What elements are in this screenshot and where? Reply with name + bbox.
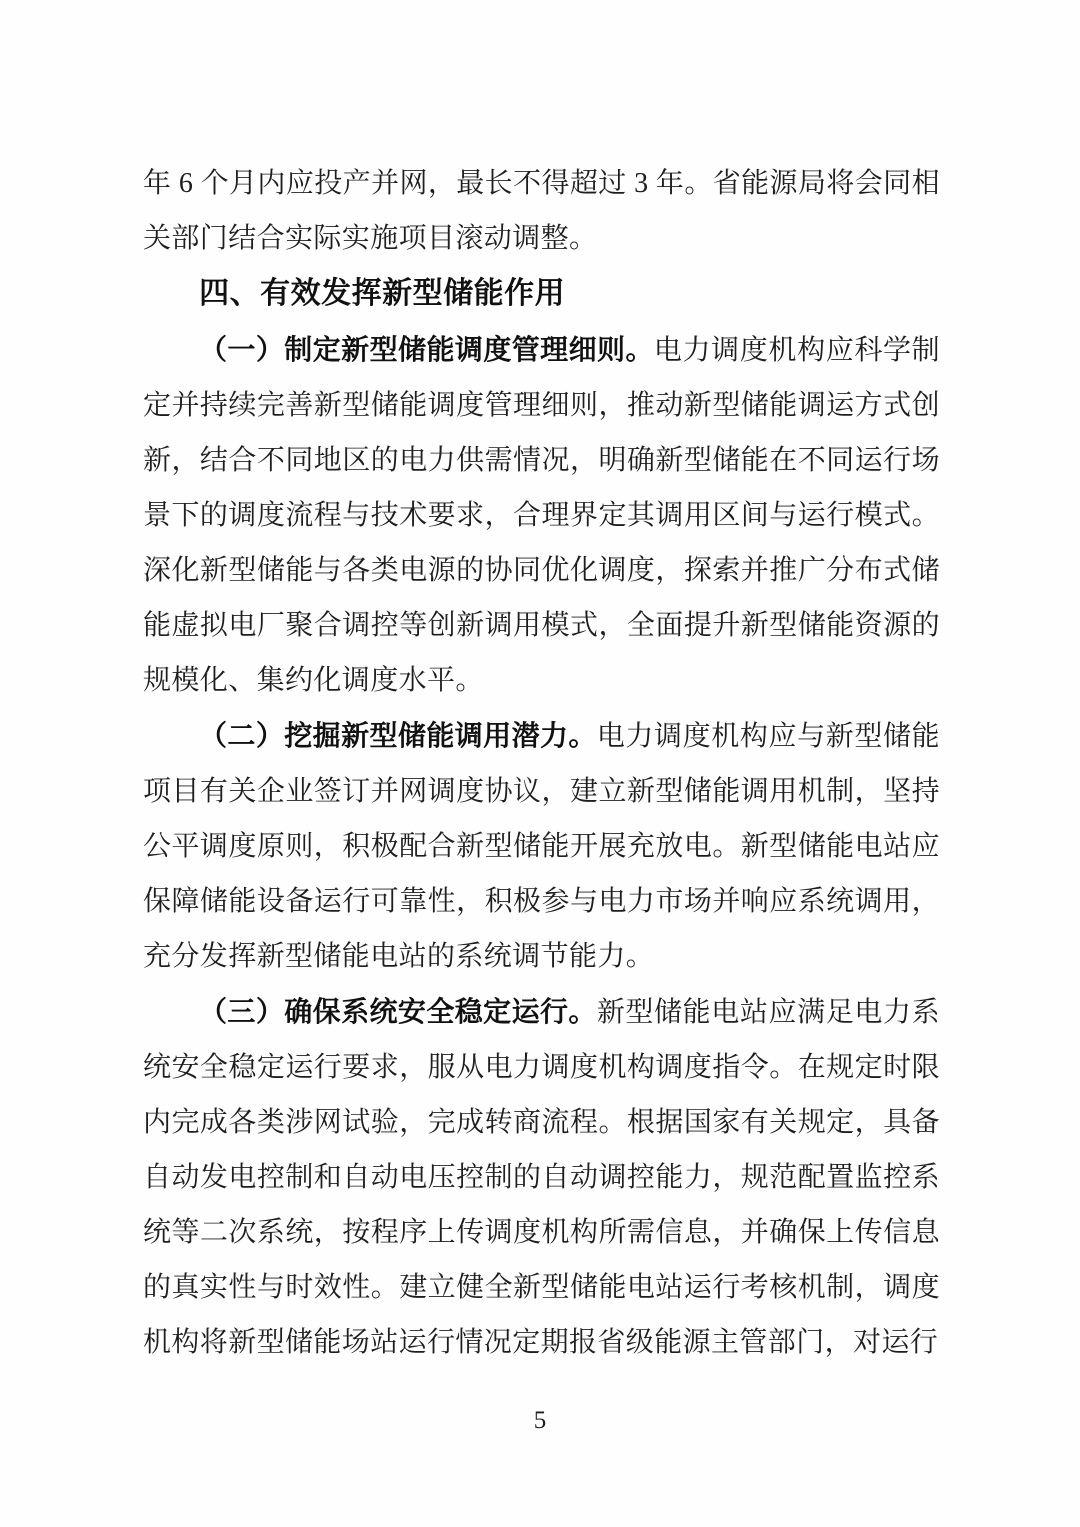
item-1-body: 电力调度机构应科学制定并持续完善新型储能调度管理细则，推动新型储能调运方式创新，… [143,335,940,696]
document-page: 年 6 个月内应投产并网，最长不得超过 3 年。省能源局将会同相关部门结合实际实… [0,0,1080,1527]
paragraph-item-2: （二）挖掘新型储能调用潜力。电力调度机构应与新型储能项目有关企业签订并网调度协议… [143,708,940,984]
item-2-lead: （二）挖掘新型储能调用潜力。 [199,720,597,751]
section-heading: 四、有效发挥新型储能作用 [143,266,940,322]
item-3-lead: （三）确保系统安全稳定运行。 [199,996,597,1027]
item-2-body: 电力调度机构应与新型储能项目有关企业签订并网调度协议，建立新型储能调用机制，坚持… [143,721,940,972]
paragraph-continuation: 年 6 个月内应投产并网，最长不得超过 3 年。省能源局将会同相关部门结合实际实… [143,156,940,266]
page-number: 5 [0,1406,1080,1436]
item-3-body: 新型储能电站应满足电力系统安全稳定运行要求，服从电力调度机构调度指令。在规定时限… [143,997,940,1358]
item-1-lead: （一）制定新型储能调度管理细则。 [199,334,654,365]
document-body: 年 6 个月内应投产并网，最长不得超过 3 年。省能源局将会同相关部门结合实际实… [143,156,940,1370]
paragraph-item-3: （三）确保系统安全稳定运行。新型储能电站应满足电力系统安全稳定运行要求，服从电力… [143,984,940,1370]
paragraph-item-1: （一）制定新型储能调度管理细则。电力调度机构应科学制定并持续完善新型储能调度管理… [143,322,940,708]
